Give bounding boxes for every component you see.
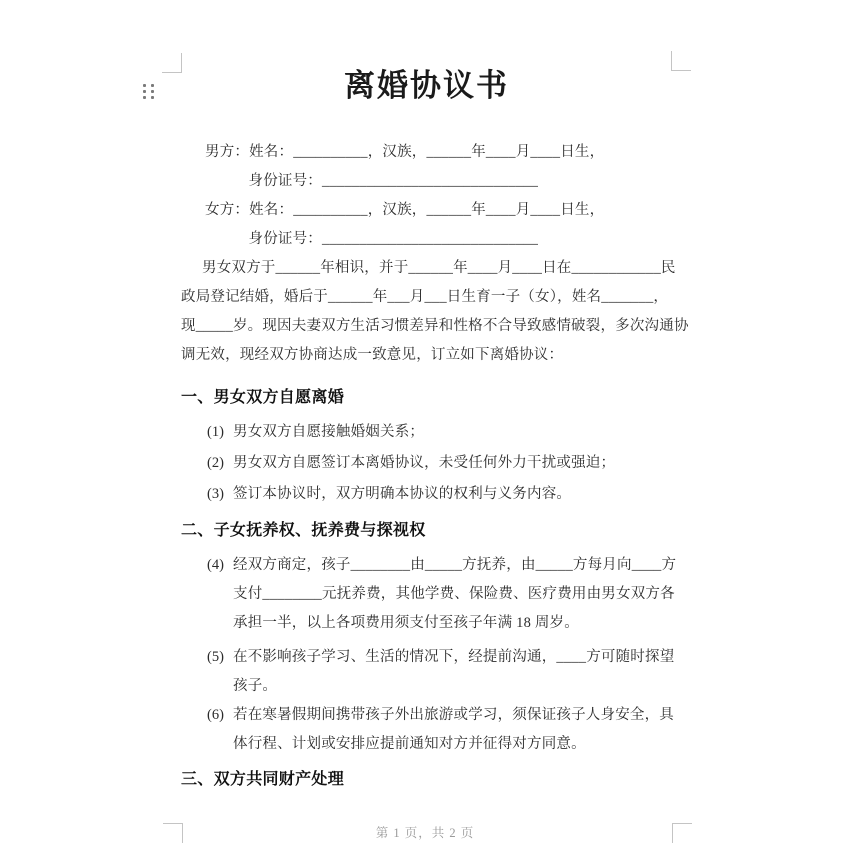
list-item-text: 体行程、计划或安排应提前通知对方并征得对方同意。 [233,730,672,759]
intro-line: 男女双方于______年相识，并于______年____月____日在_____… [181,254,672,283]
intro-line: 调无效，现经双方协商达成一致意见，订立如下离婚协议： [181,341,672,370]
section-heading-2: 二、子女抚养权、抚养费与探视权 [181,516,672,545]
list-item-number: (4) [207,551,224,580]
list-item-number: (3) [207,480,224,509]
list-item-5: (5) 在不影响孩子学习、生活的情况下，经提前沟通，____方可随时探望 孩子。 [181,643,672,701]
list-item-text: 孩子。 [233,672,672,701]
female-party-line: 女方：姓名：__________，汉族，______年____月____日生， [205,196,672,225]
list-item-4: (4) 经双方商定，孩子________由_____方抚养，由_____方每月向… [181,551,672,638]
document-page: 离婚协议书 男方：姓名：__________，汉族，______年____月__… [0,0,850,850]
list-item-number: (5) [207,643,224,672]
margin-crop-mark-top-right [671,51,691,71]
list-item-text: 男女双方自愿签订本离婚协议，未受任何外力干扰或强迫； [233,449,672,478]
list-item-6: (6) 若在寒暑假期间携带孩子外出旅游或学习，须保证孩子人身安全，具 体行程、计… [181,701,672,759]
section-heading-3: 三、双方共同财产处理 [181,765,672,794]
page-title: 离婚协议书 [181,64,672,108]
list-item-1: (1) 男女双方自愿接触婚姻关系； [181,418,672,447]
list-item-2: (2) 男女双方自愿签订本离婚协议，未受任何外力干扰或强迫； [181,449,672,478]
list-item-number: (1) [207,418,224,447]
list-item-text: 在不影响孩子学习、生活的情况下，经提前沟通，____方可随时探望 [233,643,672,672]
list-item-3: (3) 签订本协议时，双方明确本协议的权利与义务内容。 [181,480,672,509]
intro-line: 政局登记结婚，婚后于______年___月___日生育一子（女），姓名_____… [181,283,672,312]
male-party-line: 男方：姓名：__________，汉族，______年____月____日生， [205,138,672,167]
list-item-number: (6) [207,701,224,730]
intro-paragraph: 男女双方于______年相识，并于______年____月____日在_____… [181,254,672,370]
list-item-text: 签订本协议时，双方明确本协议的权利与义务内容。 [233,480,672,509]
female-id-line: 身份证号：_____________________________ [249,225,673,254]
male-id-line: 身份证号：_____________________________ [249,167,673,196]
section-heading-1: 一、男女双方自愿离婚 [181,383,672,412]
parties-block: 男方：姓名：__________，汉族，______年____月____日生， … [181,138,672,254]
list-item-text: 承担一半，以上各项费用须支付至孩子年满 18 周岁。 [233,609,672,638]
list-item-text: 经双方商定，孩子________由_____方抚养，由_____方每月向____… [233,551,672,580]
list-item-text: 男女双方自愿接触婚姻关系； [233,418,672,447]
list-item-number: (2) [207,449,224,478]
margin-crop-mark-top-left [162,53,182,73]
list-item-text: 支付________元抚养费，其他学费、保险费、医疗费用由男女双方各 [233,580,672,609]
intro-line: 现_____岁。现因夫妻双方生活习惯差异和性格不合导致感情破裂，多次沟通协 [181,312,672,341]
page-number-footer: 第 1 页，共 2 页 [0,824,850,842]
list-item-text: 若在寒暑假期间携带孩子外出旅游或学习，须保证孩子人身安全，具 [233,701,672,730]
drag-handle-icon[interactable] [143,84,154,99]
